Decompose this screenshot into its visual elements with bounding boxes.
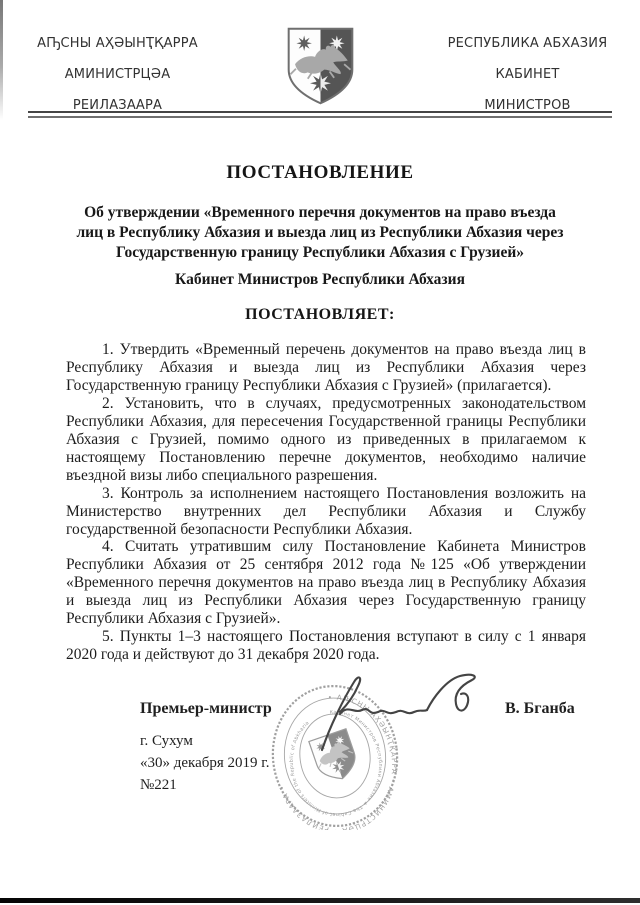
paragraph-2: 2. Установить, что в случаях, предусмотр… bbox=[66, 395, 586, 485]
org-name-line: АМИНИСТРЦӘА bbox=[15, 59, 220, 90]
org-name-line: АҦСНЫ АҲӘЫНҬҚАРРА bbox=[15, 28, 220, 59]
signing-place: г. Сухум bbox=[140, 733, 193, 750]
handwritten-signature-icon bbox=[300, 664, 495, 769]
org-name-russian: РЕСПУБЛИКА АБХАЗИЯ КАБИНЕТ МИНИСТРОВ bbox=[425, 28, 630, 121]
document-type-title: ПОСТАНОВЛЕНИЕ bbox=[0, 162, 640, 184]
signer-name: В. Бганба bbox=[505, 700, 575, 718]
subject-line: Государственную границу Республики Абхаз… bbox=[40, 243, 600, 263]
enacting-clause: ПОСТАНОВЛЯЕТ: bbox=[0, 306, 640, 324]
scan-edge-artifact-bottom bbox=[0, 898, 640, 903]
org-name-line: РЕСПУБЛИКА АБХАЗИЯ bbox=[425, 28, 630, 59]
scan-edge-artifact-left bbox=[0, 0, 3, 120]
paragraph-5: 5. Пункты 1–3 настоящего Постановления в… bbox=[66, 628, 586, 664]
signer-post: Премьер-министр bbox=[140, 700, 272, 718]
abkhazia-coat-of-arms-icon bbox=[284, 26, 357, 106]
org-name-line: КАБИНЕТ bbox=[425, 59, 630, 90]
signing-date: «30» декабря 2019 г. bbox=[140, 755, 270, 772]
decree-number: №221 bbox=[140, 777, 177, 794]
subject-line: Об утверждении «Временного перечня докум… bbox=[40, 203, 600, 223]
subject-line: лиц в Республику Абхазия и выезда лиц из… bbox=[40, 223, 600, 243]
issuing-body: Кабинет Министров Республики Абхазия bbox=[0, 271, 640, 289]
paragraph-3: 3. Контроль за исполнением настоящего По… bbox=[66, 485, 586, 539]
org-name-abkhaz: АҦСНЫ АҲӘЫНҬҚАРРА АМИНИСТРЦӘА РЕИЛАЗААРА bbox=[15, 28, 220, 121]
decree-body: 1. Утвердить «Временный перечень докумен… bbox=[66, 341, 586, 664]
header-double-rule bbox=[28, 111, 612, 118]
scanned-decree-page: АҦСНЫ АҲӘЫНҬҚАРРА АМИНИСТРЦӘА РЕИЛАЗААРА bbox=[0, 0, 640, 905]
paragraph-1: 1. Утвердить «Временный перечень докумен… bbox=[66, 341, 586, 395]
paragraph-4: 4. Считать утратившим силу Постановление… bbox=[66, 538, 586, 628]
decree-subject: Об утверждении «Временного перечня докум… bbox=[40, 203, 600, 263]
